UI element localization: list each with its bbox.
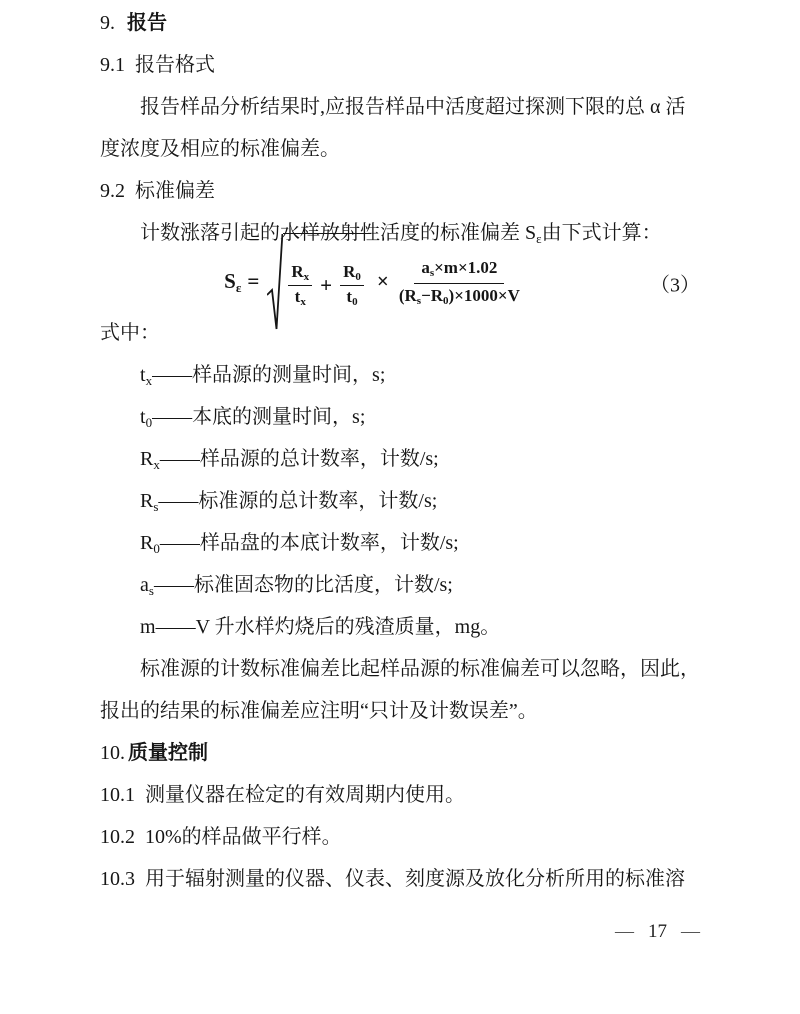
section-9-number: 9. xyxy=(100,12,115,34)
paragraph-9-2-note-line-1: 标准源的计数标准偏差比起样品源的标准偏差可以忽略，因此， xyxy=(100,648,700,690)
document-page: 9.报告 9.1报告格式 报告样品分析结果时,应报告样品中活度超过探测下限的总 … xyxy=(0,0,800,953)
radical-sign-icon xyxy=(267,233,283,333)
formula-lhs: Sε xyxy=(224,269,241,293)
footer-dash-left: — xyxy=(615,921,634,942)
fraction-r0-t0: R0t0 xyxy=(340,262,364,308)
radicand: Rxtx+R0t0 xyxy=(283,233,371,333)
section-9-2-number: 9.2 xyxy=(100,180,125,202)
section-10-number: 10. xyxy=(100,742,125,764)
item-10-2-number: 10.2 xyxy=(100,826,135,848)
item-10-2: 10.210%的样品做平行样。 xyxy=(100,816,700,858)
section-9-2-title: 标准偏差 xyxy=(135,180,215,202)
item-10-3: 10.3用于辐射测量的仪器、仪表、刻度源及放化分析所用的标准溶 xyxy=(100,858,700,900)
definition-t0: t0——本底的测量时间，s; xyxy=(100,396,700,438)
definition-as: as——标准固态物的比活度，计数/s; xyxy=(100,564,700,606)
section-9-1-number: 9.1 xyxy=(100,54,125,76)
equation-3-body: Sε=Rxtx+R0t0×as×m×1.02(Rs−R0)×1000×V xyxy=(224,233,520,333)
section-10-heading: 10.质量控制 xyxy=(100,732,700,774)
item-10-3-number: 10.3 xyxy=(100,868,135,890)
equals-sign: = xyxy=(247,269,259,293)
section-10-title: 质量控制 xyxy=(128,742,208,764)
definition-tx: tx——样品源的测量时间，s; xyxy=(100,354,700,396)
item-10-3-text: 用于辐射测量的仪器、仪表、刻度源及放化分析所用的标准溶 xyxy=(145,868,685,890)
equation-3: Sε=Rxtx+R0t0×as×m×1.02(Rs−R0)×1000×V （3） xyxy=(100,254,700,312)
paragraph-9-2-note-line-2: 报出的结果的标准偏差应注明“只计及计数误差”。 xyxy=(100,690,700,732)
plus-sign: + xyxy=(320,273,332,298)
item-10-1-number: 10.1 xyxy=(100,784,135,806)
square-root: Rxtx+R0t0 xyxy=(267,233,371,333)
section-9-1-heading: 9.1报告格式 xyxy=(100,44,700,86)
section-9-2-heading: 9.2标准偏差 xyxy=(100,170,700,212)
section-9-heading: 9.报告 xyxy=(100,2,700,44)
page-number: 17 xyxy=(648,921,667,942)
item-10-1-text: 测量仪器在检定的有效周期内使用。 xyxy=(145,784,465,806)
equation-number: （3） xyxy=(650,269,700,298)
times-sign: × xyxy=(377,269,389,293)
section-9-1-title: 报告格式 xyxy=(135,54,215,76)
fraction-rx-tx: Rxtx xyxy=(288,262,312,308)
paragraph-9-1-line-2: 度浓度及相应的标准偏差。 xyxy=(100,128,700,170)
item-10-1: 10.1测量仪器在检定的有效周期内使用。 xyxy=(100,774,700,816)
footer-dash-right: — xyxy=(681,921,700,942)
definition-rx: Rx——样品源的总计数率，计数/s; xyxy=(100,438,700,480)
intro-text-post: 由下式计算： xyxy=(542,222,662,244)
section-9-title: 报告 xyxy=(127,12,167,34)
paragraph-9-1-line-1: 报告样品分析结果时,应报告样品中活度超过探测下限的总 α 活 xyxy=(100,86,700,128)
definition-rs: Rs——标准源的总计数率，计数/s; xyxy=(100,480,700,522)
page-footer: —17— xyxy=(100,911,700,953)
item-10-2-text: 10%的样品做平行样。 xyxy=(145,826,342,848)
fraction-activity-term: as×m×1.02(Rs−R0)×1000×V xyxy=(399,258,520,307)
definition-m: m——V 升水样灼烧后的残渣质量，mg。 xyxy=(100,606,700,648)
definition-r0: R0——样品盘的本底计数率，计数/s; xyxy=(100,522,700,564)
